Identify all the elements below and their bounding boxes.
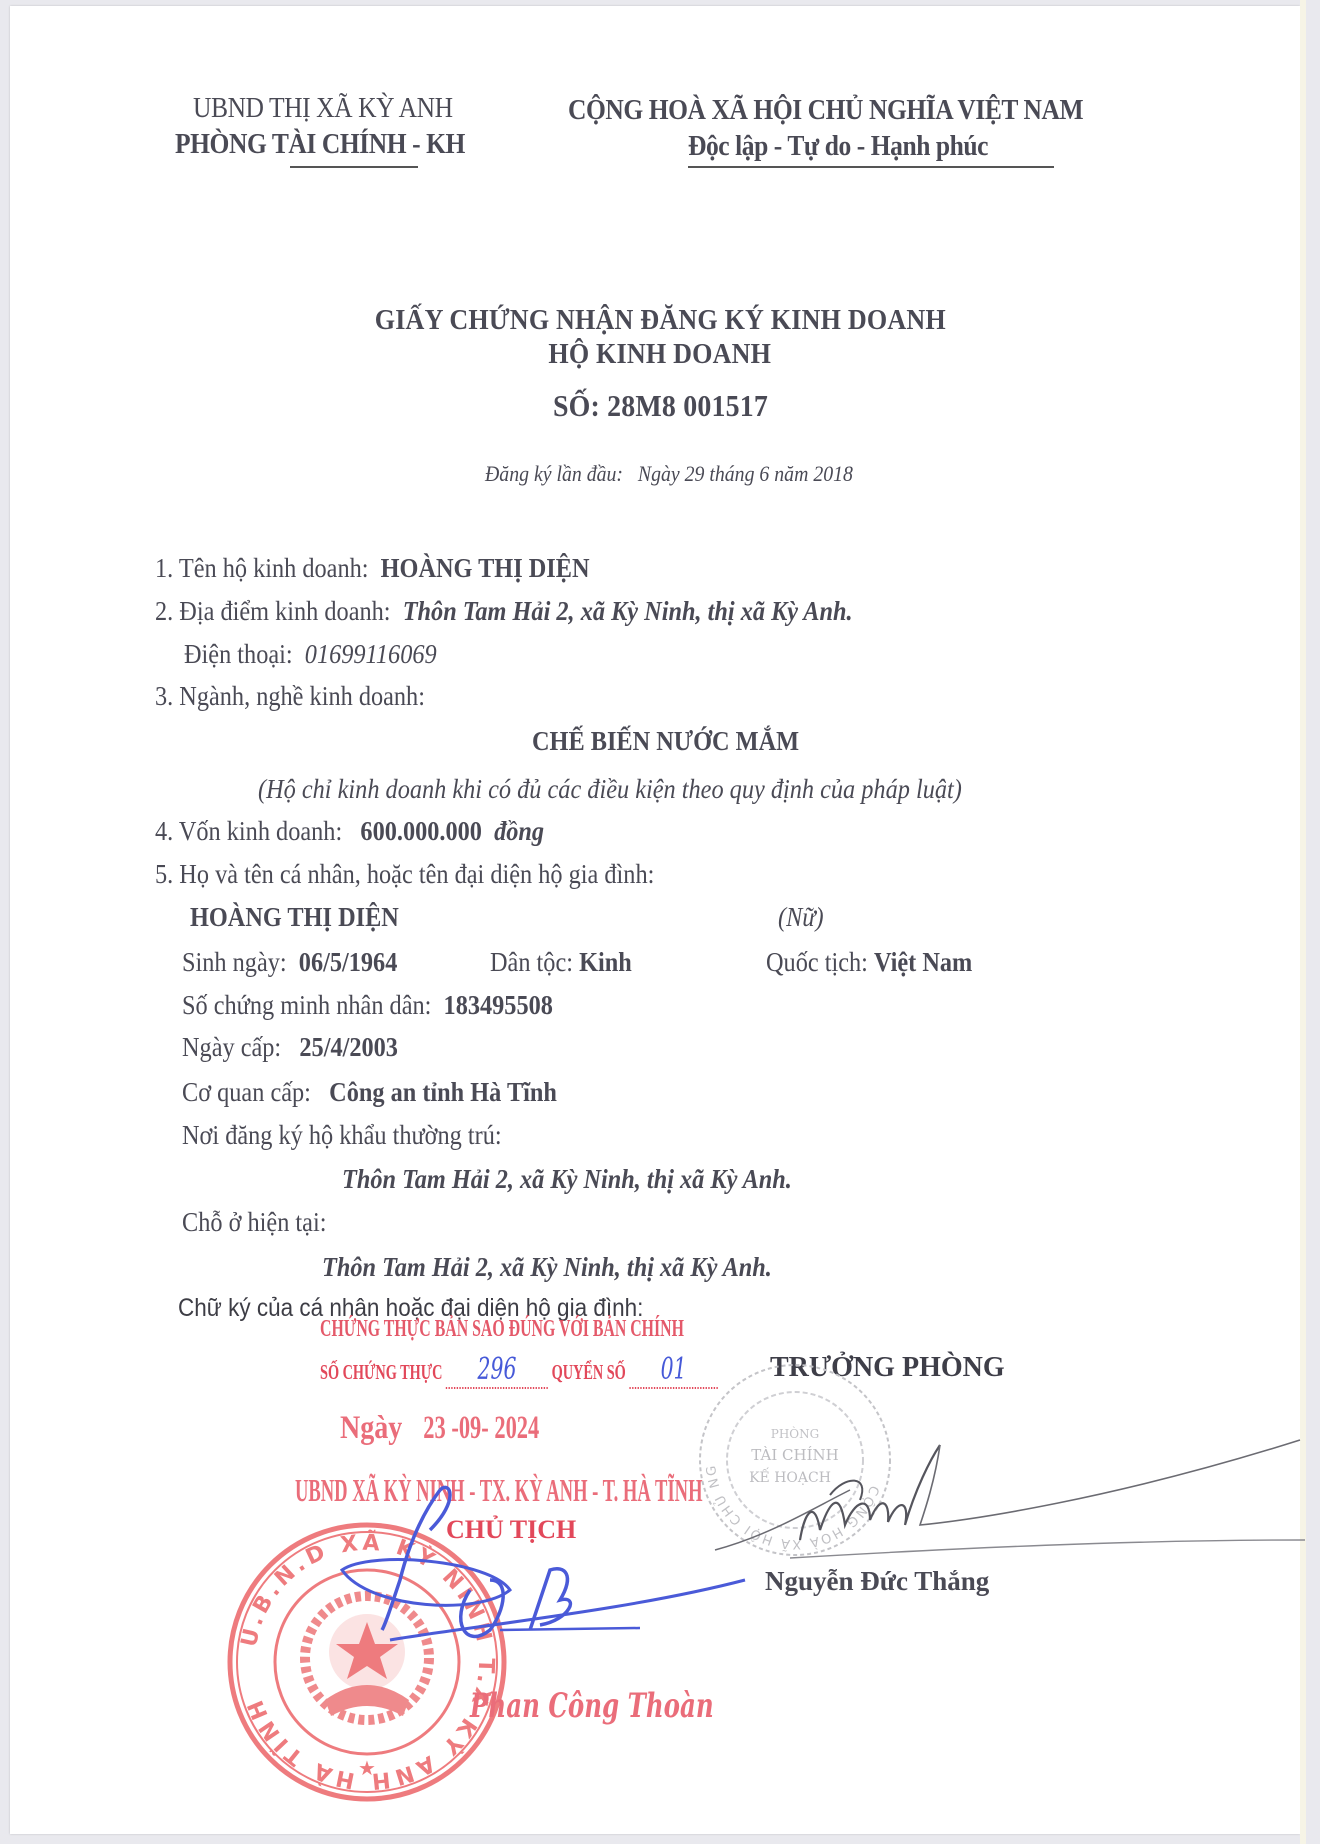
certification-date: Ngày 23 -09- 2024: [340, 1410, 568, 1447]
svg-text:PHÒNG: PHÒNG: [771, 1425, 819, 1441]
business-location-value: Thôn Tam Hải 2, xã Kỳ Ninh, thị xã Kỳ An…: [403, 596, 853, 626]
field-label: 4. Vốn kinh doanh:: [155, 816, 342, 846]
header-agency: UBND THỊ XÃ KỲ ANH: [193, 92, 453, 125]
first-registration: Đăng ký lần đầu: Ngày 29 tháng 6 năm 201…: [485, 461, 853, 487]
issue-date-row: Ngày cấp: 25/4/2003: [182, 1032, 398, 1063]
first-registration-date: Ngày 29 tháng 6 năm 2018: [638, 461, 853, 486]
issue-date-value: 25/4/2003: [299, 1032, 398, 1062]
permanent-address-label: Nơi đăng ký hộ khẩu thường trú:: [182, 1120, 502, 1151]
page-edge: [1300, 0, 1306, 1844]
book-no-label: QUYỂN SỐ: [552, 1360, 626, 1384]
book-no-handwritten: 01: [661, 1352, 687, 1387]
representative-name: HOÀNG THỊ DIỆN: [190, 902, 399, 933]
header-left-underline: [290, 166, 418, 168]
cert-date-value: 23 -09- 2024: [423, 1410, 539, 1447]
header-country: CỘNG HOÀ XÃ HỘI CHỦ NGHĨA VIỆT NAM: [568, 94, 1083, 127]
capital-unit: đồng: [494, 816, 544, 846]
field-label: Dân tộc:: [490, 947, 573, 977]
item-business-location: 2. Địa điểm kinh doanh: Thôn Tam Hải 2, …: [155, 596, 853, 627]
certification-number-row: SỐ CHỨNG THỰC 296 QUYỂN SỐ 01: [320, 1352, 718, 1389]
item-representative-label: 5. Họ và tên cá nhân, hoặc tên đại diện …: [155, 859, 654, 890]
issuer-value: Công an tỉnh Hà Tĩnh: [329, 1077, 557, 1107]
id-row: Số chứng minh nhân dân: 183495508: [182, 990, 553, 1021]
document-subtitle: HỘ KINH DOANH: [0, 338, 1320, 371]
field-label: Cơ quan cấp:: [182, 1077, 311, 1107]
item-phone: Điện thoại: 01699116069: [184, 639, 437, 670]
current-address-value: Thôn Tam Hải 2, xã Kỳ Ninh, thị xã Kỳ An…: [322, 1252, 772, 1283]
chairman-name: Phan Công Thoàn: [470, 1686, 714, 1726]
cert-no-label: SỐ CHỨNG THỰC: [320, 1360, 442, 1384]
certification-stamp-title: CHỨNG THỰC BẢN SAO ĐÚNG VỚI BẢN CHÍNH: [320, 1316, 684, 1343]
id-number-value: 183495508: [444, 990, 553, 1020]
document-title: GIẤY CHỨNG NHẬN ĐĂNG KÝ KINH DOANH: [0, 304, 1320, 337]
signatory-name: Nguyễn Đức Thắng: [765, 1566, 989, 1597]
nationality-row: Quốc tịch: Việt Nam: [766, 947, 972, 978]
chairman-signature-icon: [330, 1470, 750, 1670]
nationality-value: Việt Nam: [874, 947, 972, 977]
ethnicity-row: Dân tộc: Kinh: [490, 947, 632, 978]
ethnicity-value: Kinh: [579, 947, 632, 977]
field-label: Quốc tịch:: [766, 947, 868, 977]
permanent-address-value: Thôn Tam Hải 2, xã Kỳ Ninh, thị xã Kỳ An…: [342, 1164, 792, 1195]
field-label: 2. Địa điểm kinh doanh:: [155, 596, 391, 626]
business-name-value: HOÀNG THỊ DIỆN: [381, 553, 590, 583]
current-address-label: Chỗ ở hiện tại:: [182, 1207, 326, 1238]
dob-value: 06/5/1964: [299, 947, 398, 977]
cert-date-label: Ngày: [340, 1410, 402, 1446]
business-line-note: (Hộ chỉ kinh doanh khi có đủ các điều ki…: [258, 774, 962, 805]
representative-gender: (Nữ): [778, 902, 824, 933]
svg-text:★: ★: [358, 1758, 376, 1780]
issuer-row: Cơ quan cấp: Công an tỉnh Hà Tĩnh: [182, 1077, 557, 1108]
business-line-value: CHẾ BIẾN NƯỚC MẮM: [532, 726, 799, 757]
field-label: 1. Tên hộ kinh doanh:: [155, 553, 369, 583]
field-label: Điện thoại:: [184, 639, 293, 669]
header-motto: Độc lập - Tự do - Hạnh phúc: [688, 130, 988, 163]
item-business-line-label: 3. Ngành, nghề kinh doanh:: [155, 681, 425, 712]
item-capital: 4. Vốn kinh doanh: 600.000.000 đồng: [155, 816, 544, 847]
cert-no-handwritten: 296: [478, 1352, 517, 1387]
field-label: Sinh ngày:: [182, 947, 287, 977]
document-number: SỐ: 28M8 001517: [0, 388, 1320, 424]
field-label: Số chứng minh nhân dân:: [182, 990, 431, 1020]
dob-row: Sinh ngày: 06/5/1964: [182, 947, 397, 978]
item-business-name: 1. Tên hộ kinh doanh: HOÀNG THỊ DIỆN: [155, 553, 590, 584]
first-registration-label: Đăng ký lần đầu:: [485, 461, 623, 486]
phone-value: 01699116069: [305, 639, 437, 669]
header-right-underline: [688, 166, 1054, 168]
head-signature-icon: [710, 1440, 1310, 1560]
header-department: PHÒNG TÀI CHÍNH - KH: [175, 128, 465, 161]
field-label: Ngày cấp:: [182, 1032, 281, 1062]
capital-value: 600.000.000: [360, 816, 482, 846]
